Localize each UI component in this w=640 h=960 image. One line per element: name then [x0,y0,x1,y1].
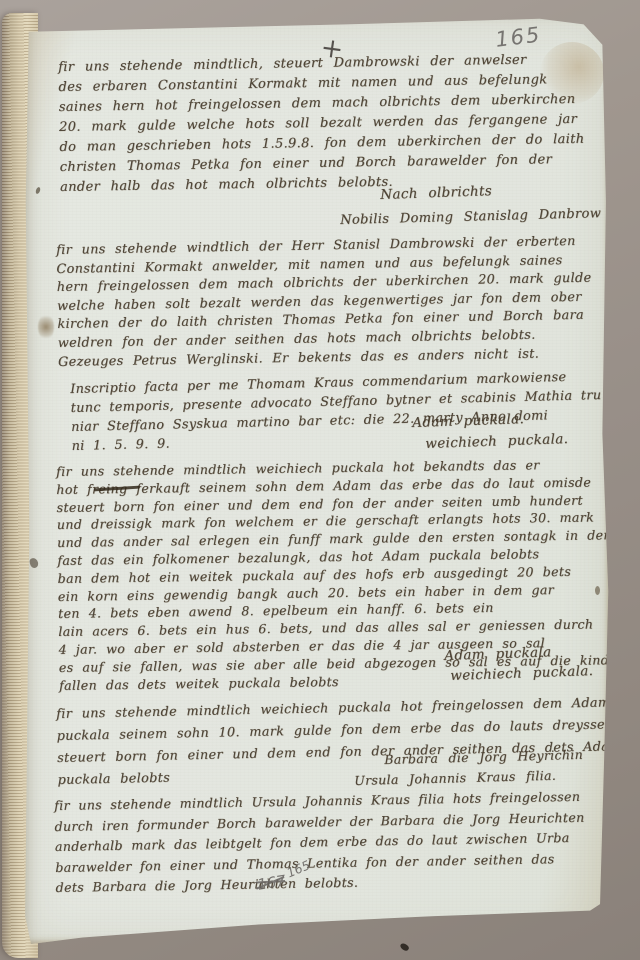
entry-1: fir uns stehende mindtlich, steuert Damb… [58,50,585,198]
manuscript-photo: 165 + fir uns stehende mindtlich, steuer… [0,0,640,960]
ink-speck [29,557,39,569]
manuscript-page: 165 + fir uns stehende mindtlich, steuer… [24,16,610,944]
entry-6: fir uns stehende mindtlich Ursula Johann… [54,787,586,899]
entry-2-heading: Nobilis Doming Stanislag Danbrow [340,206,601,228]
entry-2: fir uns stehende windtlich der Herr Stan… [56,233,593,372]
folio-number-pencil: 165 [494,22,543,51]
ink-smudge [38,314,54,340]
debris-speck [399,942,410,952]
ink-speck [35,187,41,195]
marginal-note-nach-olbrichts: Nach olbrichts [380,183,492,203]
